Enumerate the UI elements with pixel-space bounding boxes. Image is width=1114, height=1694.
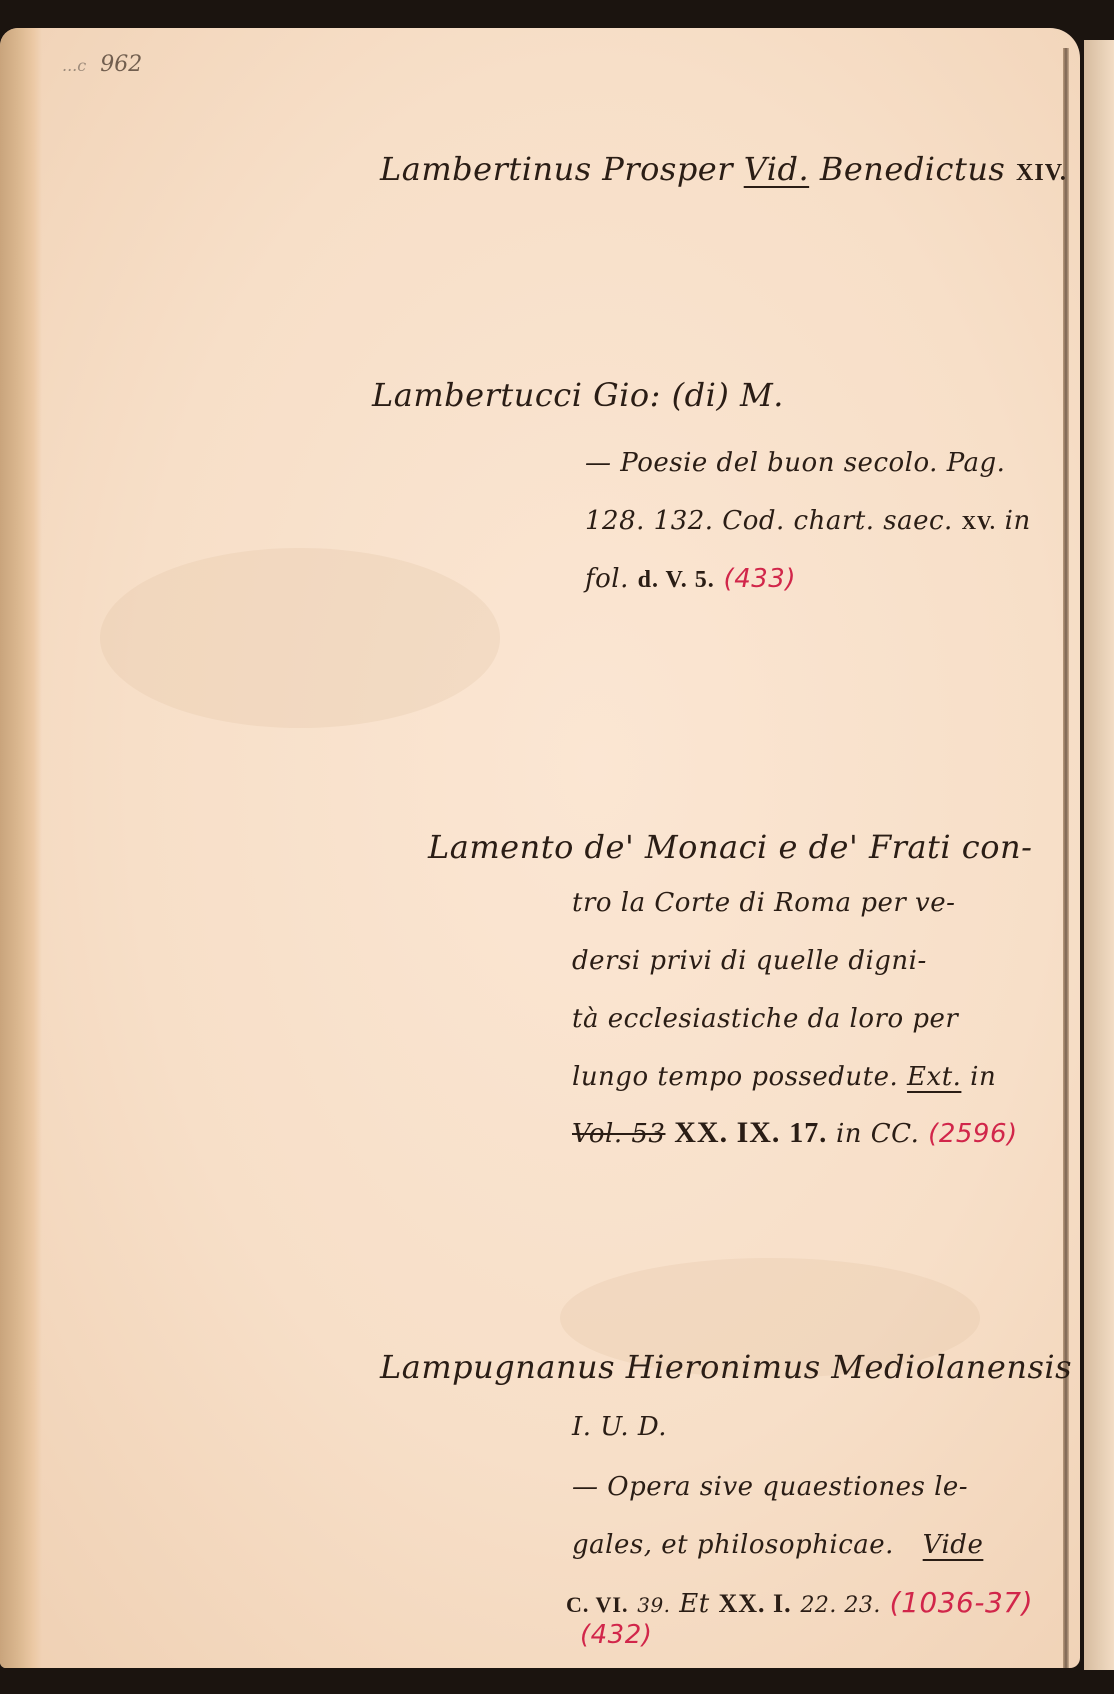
line-text: fol. [585, 564, 629, 594]
entry-lamento-line-1: tro la Corte di Roma per ve- [572, 888, 955, 918]
conjunction: Et [679, 1589, 709, 1619]
shelf-number: 17. [789, 1118, 827, 1149]
red-reference-number: (432) [580, 1620, 652, 1650]
entry-lamento-line-4: lungo tempo possedute. Ext. in [572, 1062, 996, 1092]
struck-reference: Vol. 53 [572, 1119, 665, 1149]
red-reference-number: (433) [724, 564, 796, 594]
line-text: in [970, 1062, 996, 1092]
entry-lampugnanus-line-2: gales, et philosophicae. Vide [572, 1530, 983, 1560]
shelf-location: in CC. [836, 1119, 919, 1149]
line-text: gales, et philosophicae. [572, 1530, 894, 1560]
manuscript-page: ...c962 Lambertinus Prosper Vid. Benedic… [0, 28, 1080, 1668]
ext-marker: Ext. [907, 1062, 961, 1092]
entry-name: Lambertinus Prosper [380, 150, 733, 188]
paper-stain [100, 548, 500, 728]
vid-marker: Vid. [744, 150, 809, 188]
shelf-number: 39. [637, 1593, 670, 1617]
entry-lampugnanus-line-1: — Opera sive quaestiones le- [572, 1472, 968, 1502]
entry-lamento-heading: Lamento de' Monaci e de' Frati con- [428, 828, 1032, 866]
entry-lampugnanus-line-4: (432) [580, 1620, 652, 1650]
entry-lambertucci-heading: Lambertucci Gio: (di) M. [372, 376, 784, 414]
manuscript-scan: ...c962 Lambertinus Prosper Vid. Benedic… [0, 0, 1114, 1694]
folio-number: ...c962 [62, 52, 142, 77]
shelf-mark: d. V. 5. [638, 567, 715, 593]
entry-lambertucci-line-2: 128. 132. Cod. chart. saec. XV. in [585, 506, 1031, 536]
shelf-number: 22. 23. [800, 1593, 880, 1618]
entry-lambertucci-line-1: — Poesie del buon secolo. Pag. [585, 448, 1005, 478]
entry-lampugnanus-line-3: C. VI. 39. Et XX. I. 22. 23. (1036-37) [566, 1586, 1033, 1619]
entry-lampugnanus-heading: Lampugnanus Hieronimus Mediolanensis [380, 1348, 1072, 1386]
entry-lambertinus-heading: Lambertinus Prosper Vid. Benedictus XIV. [380, 150, 1067, 188]
entry-lamento-line-2: dersi privi di quelle digni- [572, 946, 927, 976]
cross-reference: Benedictus [820, 150, 1006, 188]
shelf-mark: XX. IX. [674, 1116, 780, 1149]
page-binding-edge [0, 28, 42, 1668]
next-page-edge [1084, 40, 1114, 1670]
roman-numeral: XIV. [1016, 160, 1067, 186]
folio-value: 962 [100, 52, 142, 77]
entry-lambertucci-line-3: fol. d. V. 5. (433) [585, 564, 796, 594]
red-reference-number: (2596) [928, 1119, 1017, 1149]
roman-numeral: XV. [962, 512, 996, 534]
entry-lamento-line-3: tà ecclesiastiche da loro per [572, 1004, 958, 1034]
line-text: lungo tempo possedute. [572, 1062, 898, 1092]
shelf-mark: XX. I. [719, 1589, 792, 1618]
red-reference-number: (1036-37) [890, 1586, 1033, 1619]
vide-marker: Vide [923, 1530, 984, 1560]
folio-prefix: ...c [62, 56, 86, 75]
shelf-mark: C. VI. [566, 1592, 628, 1617]
entry-lampugnanus-subheading: I. U. D. [572, 1412, 667, 1442]
line-text: in [1005, 506, 1031, 536]
line-text: 128. 132. Cod. chart. saec. [585, 506, 953, 536]
page-gutter [1063, 48, 1069, 1668]
entry-lamento-line-5: Vol. 53 XX. IX. 17. in CC. (2596) [572, 1116, 1018, 1150]
